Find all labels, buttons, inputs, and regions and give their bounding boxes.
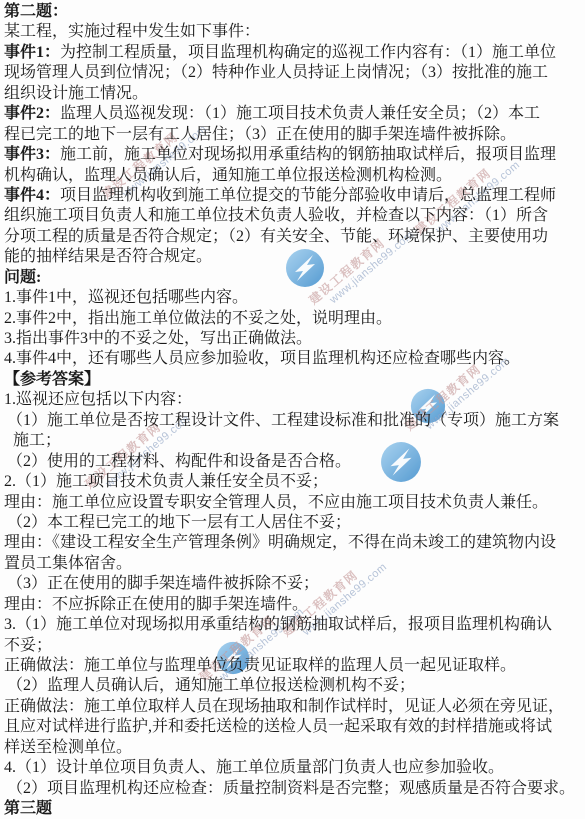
text-line: 理由：《建设工程安全生产管理条例》明确规定，不得在尚未竣工的建筑物内设 (4, 533, 585, 553)
text-line: 1.事件1中，巡视还包括哪些内容。 (4, 288, 585, 308)
text-line: 事件1：为控制工程质量，项目监理机构确定的巡视工作内容有：（1）施工单位 (4, 43, 585, 63)
event-label: 事件1： (4, 44, 60, 61)
text-line: （2）本工程已完工的地下一层有工人居住不妥； (4, 513, 585, 533)
text-line: 置员工集体宿舍。 (4, 554, 585, 574)
text-line: 正确做法：施工单位与监理单位负责见证取样的监理人员一起见证取样。 (4, 656, 585, 676)
text-line: 能的抽样结果是否符合规定。 (4, 247, 585, 267)
text-line: 施工； (4, 431, 585, 451)
text-line: 1.巡视还应包括以下内容： (4, 390, 585, 410)
text-line: 不妥； (4, 636, 585, 656)
answers-heading: 【参考答案】 (4, 370, 585, 390)
questions-heading: 问题: (4, 268, 585, 288)
text-line: 事件2：监理人员巡视发现：（1）施工项目技术负责人兼任安全员；（2）本工 (4, 104, 585, 124)
text-line: 4.事件4中，还有哪些人员应参加验收，项目监理机构还应检查哪些内容。 (4, 349, 585, 369)
text-line: 4.（1）设计单位项目负责人、施工单位质量部门负责人也应参加验收。 (4, 758, 585, 778)
text-line: 分项工程的质量是否符合规定；（2）有关安全、节能、环境保护、主要使用功 (4, 227, 585, 247)
text-line: 组织施工项目负责人和施工单位技术负责人验收，并检查以下内容：（1）所含 (4, 206, 585, 226)
text-line: 3.指出事件3中的不妥之处，写出正确做法。 (4, 329, 585, 349)
text-line: 2.事件2中，指出施工单位做法的不妥之处，说明理由。 (4, 309, 585, 329)
text-line: 3.（1）施工单位对现场拟用承重结构的钢筋抽取试样后，报项目监理机构确认 (4, 615, 585, 635)
text-line: 程已完工的地下一层有工人居住；（3）正在使用的脚手架连墙件被拆除。 (4, 125, 585, 145)
text-line: （2）使用的工程材料、构配件和设备是否合格。 (4, 452, 585, 472)
event-label: 事件4： (4, 187, 60, 204)
text-line: 理由：施工单位应设置专职安全管理人员，不应由施工项目技术负责人兼任。 (4, 493, 585, 513)
text-line: 现场管理人员到位情况；（2）特种作业人员持证上岗情况；（3）按批准的施工 (4, 63, 585, 83)
text-line: （2）监理人员确认后，通知施工单位报送检测机构不妥； (4, 676, 585, 696)
text-line: 某工程，实施过程中发生如下事件： (4, 22, 585, 42)
text-line: （2）项目监理机构还应检查：质量控制资料是否完整；观感质量是否符合要求。 (4, 779, 585, 799)
text-line: （1）施工单位是否按工程设计文件、工程建设标准和批准的（专项）施工方案 (4, 411, 585, 431)
text-line: 且应对试样进行监护,并和委托送检的送检人员一起采取有效的封样措施或将试 (4, 717, 585, 737)
text-line: 样送至检测单位。 (4, 738, 585, 758)
text-line: （3）正在使用的脚手架连墙件被拆除不妥； (4, 574, 585, 594)
text-line: 2.（1）施工项目技术负责人兼任安全员不妥； (4, 472, 585, 492)
text-line: 机构确认，监理人员确认后，通知施工单位报送检测机构检测。 (4, 166, 585, 186)
text-line: 正确做法：施工单位取样人员在现场抽取和制作试样时，见证人必须在旁见证， (4, 697, 585, 717)
text-line: 理由：不应拆除正在使用的脚手架连墙件。 (4, 595, 585, 615)
section-title: 第二题： (4, 2, 585, 22)
page-root: 建设工程教育网www.jianshe99.com建设工程教育网www.jians… (0, 0, 585, 819)
text-line: 组织设计施工情况。 (4, 84, 585, 104)
text-line: 事件4：项目监理机构收到施工单位提交的节能分部验收申请后，总监理工程师 (4, 186, 585, 206)
next-section-title: 第三题 (4, 799, 585, 819)
event-label: 事件2： (4, 105, 60, 122)
event-label: 事件3： (4, 146, 60, 163)
text-line: 事件3：施工前，施工单位对现场拟用承重结构的钢筋抽取试样后，报项目监理 (4, 145, 585, 165)
document-lines: 第二题：某工程，实施过程中发生如下事件：事件1：为控制工程质量，项目监理机构确定… (0, 0, 585, 819)
